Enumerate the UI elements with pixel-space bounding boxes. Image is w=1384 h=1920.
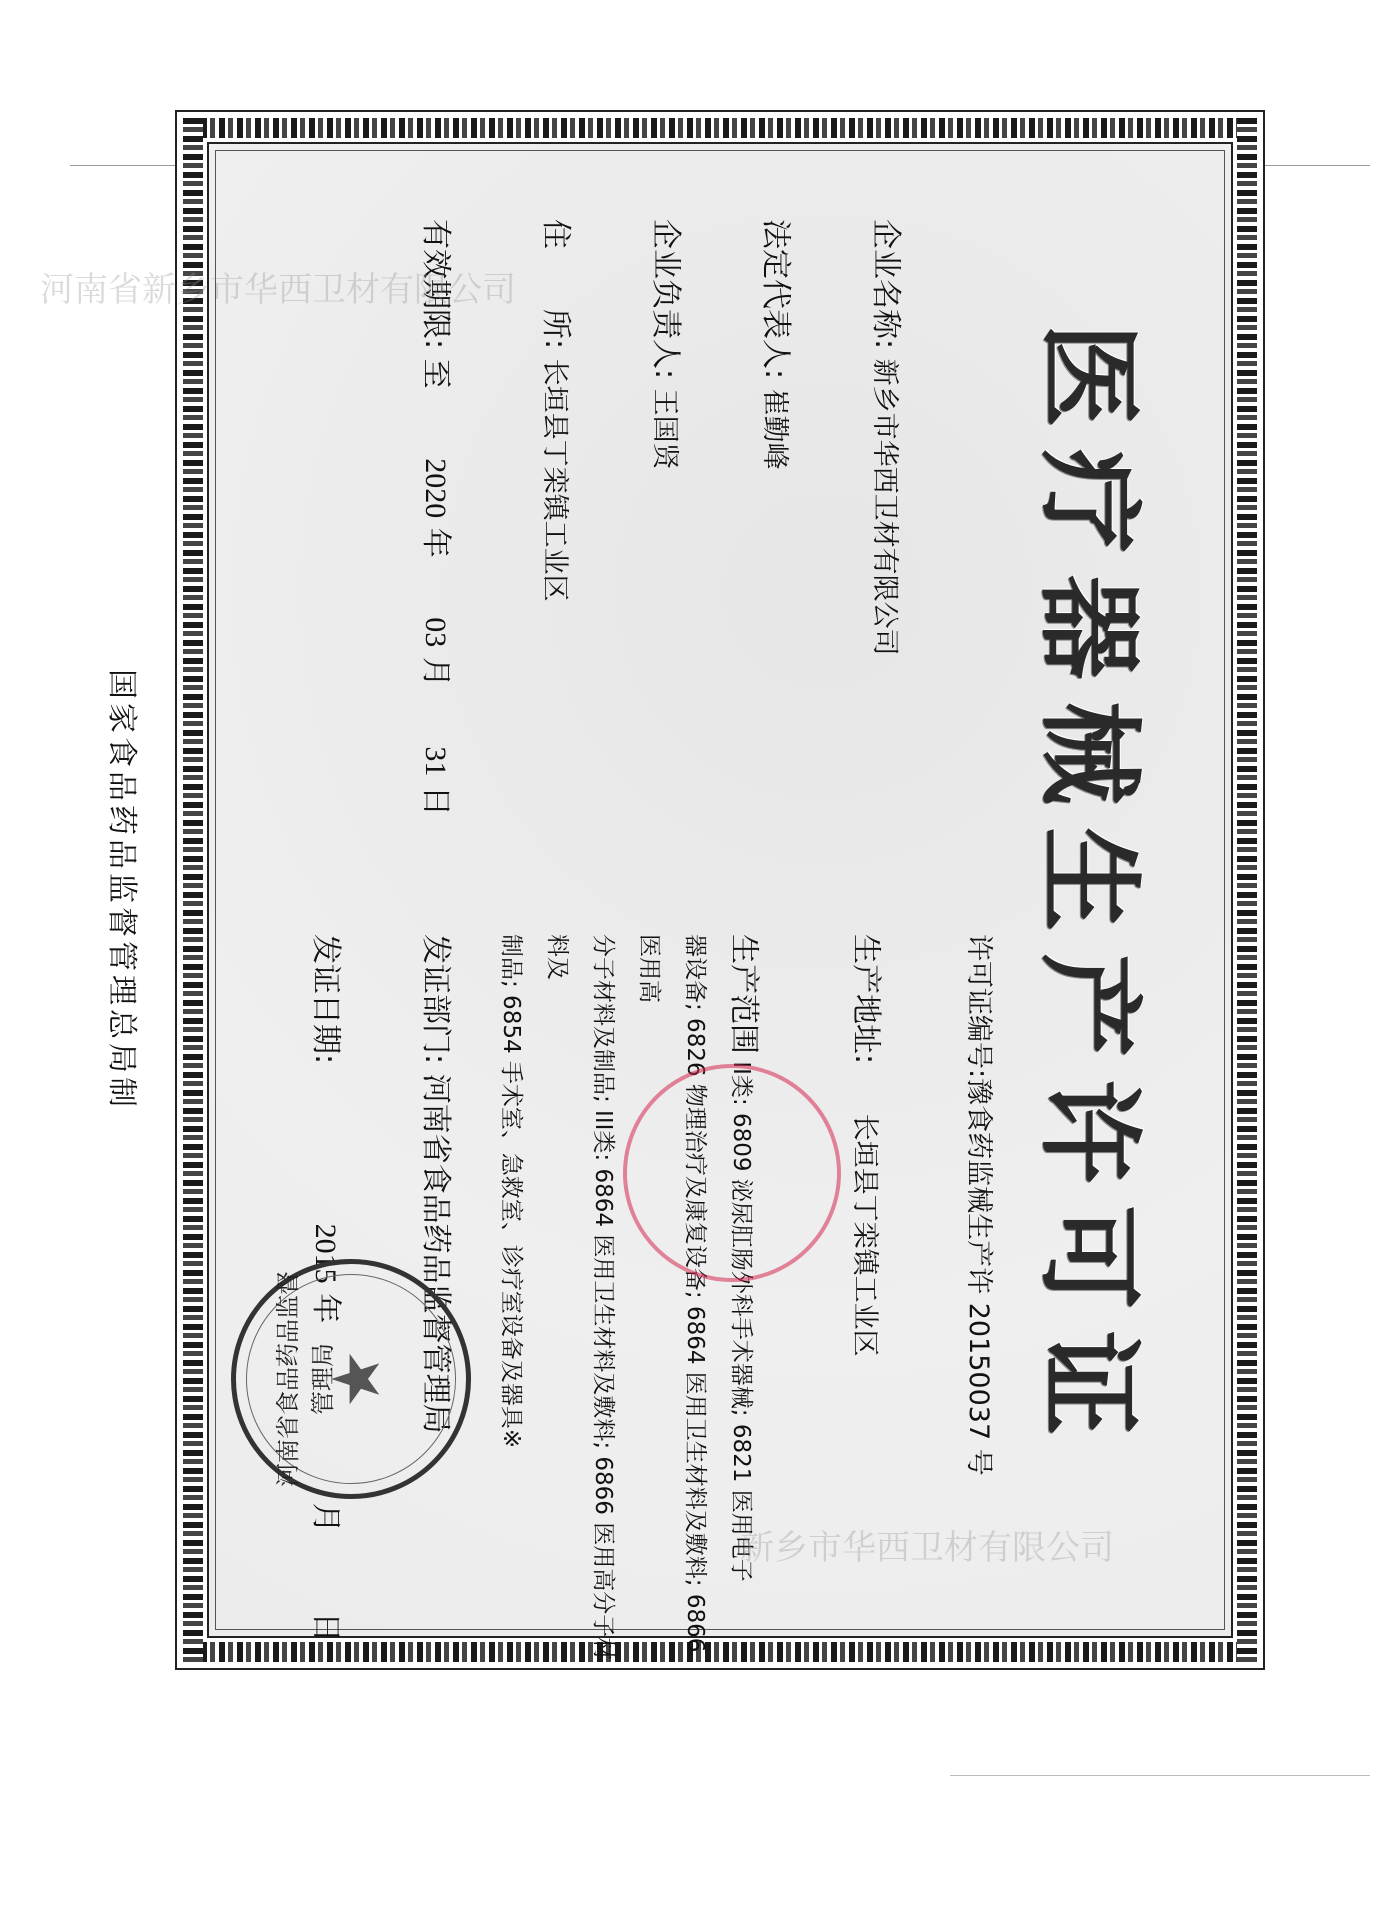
certificate-body: 医疗器械生产许可证 许可证编号:豫食药监械生产许 20150037 号 企业名称…	[207, 142, 1233, 1638]
watermark: 河南省新乡市华西卫材有限公司	[40, 262, 516, 311]
validity-day: 31	[419, 746, 452, 776]
production-address-value: 长垣县丁栾镇工业区	[849, 1114, 880, 1357]
manager-value: 王国贤	[649, 389, 680, 470]
year-unit: 年	[418, 528, 453, 558]
permit-number-label: 许可证编号:	[963, 934, 994, 1078]
certificate-title: 医疗器械生产许可证	[1023, 144, 1173, 1636]
production-address-label: 生产地址:	[847, 934, 891, 1064]
scope-line: 分子材料及制品; III类: 6864 医用卫生材料及敷料; 6866 医用高分…	[534, 934, 626, 1674]
manager-label: 企业负责人:	[647, 219, 691, 379]
residence-label: 住 所:	[537, 219, 581, 349]
license-certificate: 医疗器械生产许可证 许可证编号:豫食药监械生产许 20150037 号 企业名称…	[175, 110, 1265, 1670]
company-name-value: 新乡市华西卫材有限公司	[869, 359, 900, 656]
production-address-row: 生产地址: 长垣县丁栾镇工业区	[847, 934, 891, 1357]
red-seal	[623, 1064, 841, 1282]
permit-number: 许可证编号:豫食药监械生产许 20150037 号	[962, 934, 1001, 1476]
legal-rep-label: 法定代表人:	[757, 219, 801, 379]
validity-prefix: 至	[418, 359, 453, 389]
manager-row: 企业负责人: 王国贤	[647, 219, 691, 470]
certificate-frame: 医疗器械生产许可证 许可证编号:豫食药监械生产许 20150037 号 企业名称…	[175, 110, 1265, 1670]
month-unit: 月	[308, 1503, 343, 1533]
star-icon: ★	[318, 1264, 395, 1494]
scan-line	[950, 1775, 1370, 1776]
company-name-row: 企业名称: 新乡市华西卫材有限公司	[867, 219, 911, 656]
scope-line: 制品; 6854 手术室、急救室、诊疗室设备及器具※	[488, 934, 534, 1674]
scope-line: 器设备; 6826 物理治疗及康复设备; 6864 医用卫生材料及敷料; 686…	[626, 934, 718, 1674]
day-unit: 日	[308, 1612, 343, 1642]
issue-date-label: 发证日期:	[307, 934, 351, 1064]
production-scope: 生产范围 II类: 6809 泌尿肛肠外科手术器械; 6821 医用电子 器设备…	[488, 934, 766, 1674]
day-unit: 日	[418, 786, 453, 816]
validity-month: 03	[419, 617, 452, 647]
legal-rep-value: 崔勤峰	[759, 389, 790, 470]
official-seal: 河南省食品药品监督管理局 ★	[231, 1259, 471, 1499]
month-unit: 月	[418, 657, 453, 687]
issuer-label: 发证部门:	[417, 934, 461, 1064]
validity-year: 2020	[419, 458, 452, 518]
residence-value: 长垣县丁栾镇工业区	[539, 359, 570, 602]
issuer-footer: 国家食品药品监督管理总局制	[103, 110, 147, 1670]
company-name-label: 企业名称:	[867, 219, 911, 349]
legal-rep-row: 法定代表人: 崔勤峰	[757, 219, 801, 470]
production-scope-label: 生产范围	[726, 934, 761, 1054]
watermark: 新乡市华西卫材有限公司	[740, 1520, 1114, 1569]
permit-number-value: 豫食药监械生产许 20150037 号	[963, 1078, 994, 1476]
residence-row: 住 所: 长垣县丁栾镇工业区	[537, 219, 581, 602]
